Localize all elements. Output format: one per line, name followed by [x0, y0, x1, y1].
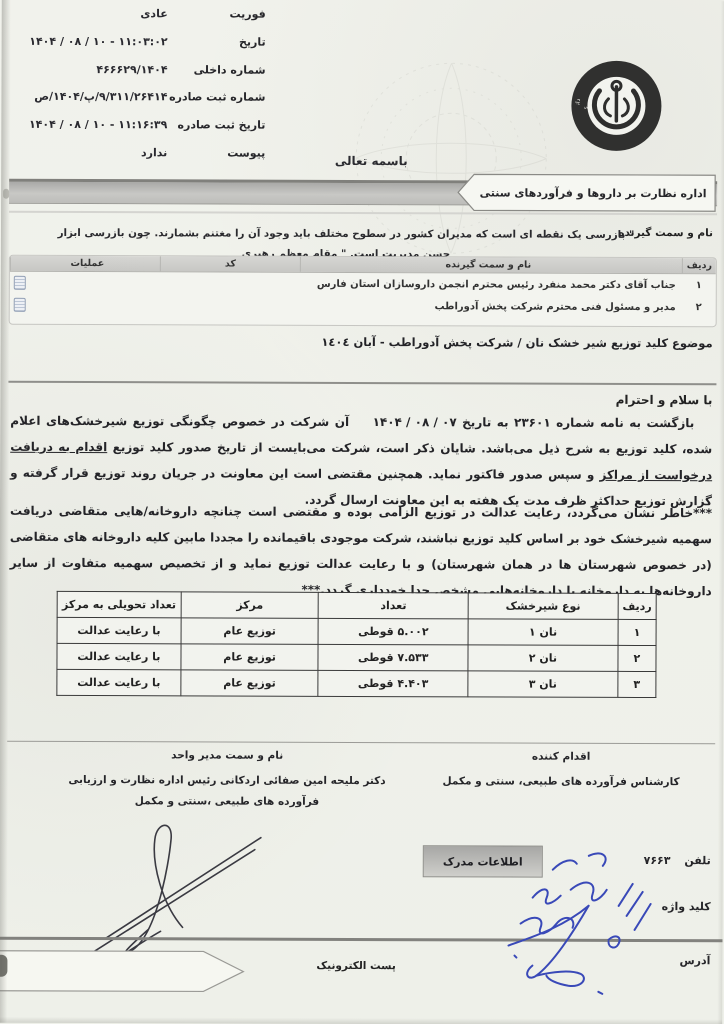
col-delivered: تعداد تحویلی به مرکز: [57, 591, 181, 617]
document-icon[interactable]: [14, 276, 26, 290]
row3-number: ۳: [618, 671, 656, 697]
subject-label: موضوع: [672, 336, 713, 350]
recipient-1-name: جناب آقای دکتر محمد منفرد رئیس محترم انج…: [300, 278, 682, 290]
p1-reference-date: ۱۴۰۴ / ۰۸ / ۰۷: [355, 409, 457, 435]
row3-center: توزیع عام: [181, 670, 319, 696]
manager-signature-block: نام و سمت مدیر واحد دکتر ملیحه امین صفائ…: [57, 749, 397, 813]
footer-chevron-shape: [0, 947, 248, 996]
subject-line: موضوع کلید توزیع شیر خشک نان / شرکت پخش …: [13, 334, 713, 350]
row2-quantity: ۷.۵۳۳ قوطی: [318, 644, 468, 671]
col-milk-type: نوع شیرخشک: [468, 593, 618, 620]
col-recipient-name: نام و سمت گیرنده: [300, 257, 682, 273]
row1-type: نان ۱: [468, 619, 618, 646]
recipient-row-1: ۱ جناب آقای دکتر محمد منفرد رئیس محترم ا…: [10, 272, 716, 296]
table-row: ۱ نان ۱ ۵.۰۰۲ قوطی توزیع عام با رعایت عد…: [57, 617, 656, 645]
email-label: پست الکترونیک: [316, 960, 395, 972]
manager-handwritten-signature: [76, 809, 272, 965]
actor-signature-block: اقدام کننده کارشناس فرآورده های طبیعی، س…: [411, 750, 711, 793]
col-code: کد: [160, 256, 300, 271]
row2-number: ۲: [618, 645, 656, 671]
meta-row-urgency: فوریت عادی: [8, 1, 276, 30]
row3-type: نان ۳: [468, 671, 618, 698]
address-label: آدرس: [679, 954, 710, 967]
scanned-letter-page: فوریت عادی تاریخ ۱۴۰۴ / ۰۸ / ۱۰ - ۱۱:۰۳:…: [0, 0, 724, 1024]
p1-before: بازگشت به نامه شماره ۲۳۶۰۱ به تاریخ: [457, 415, 695, 430]
salutation: با سلام و احترام: [616, 393, 713, 407]
meta-row-internal-number: شماره داخلی ۴۶۶۶۲۹/۱۴۰۴: [7, 56, 275, 85]
col-quantity: تعداد: [319, 592, 469, 619]
row3-delivered: با رعایت عدالت: [57, 669, 181, 695]
manager-label: نام و سمت مدیر واحد: [57, 749, 397, 762]
scan-edge-shadow-bottom: [0, 1017, 722, 1024]
department-banner-label: اداره نظارت بر داروها و فرآوردهای سنتی: [457, 173, 717, 212]
col-operations: عملیات: [10, 256, 160, 272]
recipient-2-number: ۲: [682, 302, 716, 313]
row1-number: ۱: [618, 619, 656, 645]
meta-row-attachment: پیوست ندارد: [7, 140, 275, 169]
blue-ink-signature: [490, 843, 663, 1009]
attachment-value: ندارد: [141, 146, 167, 159]
recipient-table: ردیف نام و سمت گیرنده کد عملیات ۱ جناب آ…: [9, 255, 717, 327]
letter-metadata: فوریت عادی تاریخ ۱۴۰۴ / ۰۸ / ۱۰ - ۱۱:۰۳:…: [7, 1, 276, 169]
meta-row-issue-number: شماره ثبت صادره ص/۱۴۰۴/پ/۹/۳۱۱/۲۶۴۱۴: [7, 84, 275, 113]
subject-text: کلید توزیع شیر خشک نان / شرکت پخش آدوراط…: [321, 335, 668, 350]
table-row: ۲ نان ۲ ۷.۵۳۳ قوطی توزیع عام با رعایت عد…: [57, 643, 656, 671]
manager-name: دکتر ملیحه امین صفائی اردکانی رئیس اداره…: [57, 770, 397, 813]
recipient-row-2: ۲ مدیر و مسئول فنی محترم شرکت پخش آدوراط…: [10, 294, 716, 318]
actor-name: کارشناس فرآورده های طبیعی، سنتی و مکمل: [411, 771, 711, 793]
col-center: مرکز: [181, 592, 319, 618]
row1-quantity: ۵.۰۰۲ قوطی: [318, 618, 468, 645]
date-label: تاریخ: [239, 35, 266, 48]
urgency-label: فوریت: [229, 8, 265, 21]
scan-artifact-mark: [3, 189, 9, 199]
row1-center: توزیع عام: [181, 618, 319, 644]
university-seal-logo: دانشگاه علوم پزشکی و خدمات بهداشتی درمان…: [567, 57, 665, 155]
attachment-label: پیوست: [227, 147, 265, 160]
phone-label: تلفن: [684, 854, 710, 867]
row2-type: نان ۲: [468, 645, 618, 672]
issue-date-value: ۱۴۰۴ / ۰۸ / ۱۰ - ۱۱:۱۶:۳۹: [29, 118, 167, 131]
document-icon[interactable]: [14, 298, 26, 312]
recipient-2-name: مدیر و مسئول فنی محترم شرکت پخش آدوراطب: [300, 300, 682, 312]
issue-number-label: شماره ثبت صادره: [169, 91, 265, 104]
distribution-table-header: ردیف نوع شیرخشک تعداد مرکز تعداد تحویلی …: [57, 591, 656, 619]
department-title: اداره نظارت بر داروها و فرآوردهای سنتی: [457, 173, 717, 212]
body-paragraph-2: ***خاطر نشان می‌گردد، رعایت عدالت در توز…: [10, 498, 712, 604]
scan-artifact-mark: [0, 955, 7, 977]
internal-number-value: ۴۶۶۶۲۹/۱۴۰۴: [96, 63, 167, 76]
divider-above-body: [8, 381, 716, 385]
distribution-table: ردیف نوع شیرخشک تعداد مرکز تعداد تحویلی …: [56, 591, 656, 698]
urgency-value: عادی: [140, 7, 167, 20]
date-value: ۱۴۰۴ / ۰۸ / ۱۰ - ۱۱:۰۳:۰۲: [29, 35, 167, 48]
col-row: ردیف: [618, 593, 656, 619]
row2-center: توزیع عام: [181, 644, 319, 670]
issue-date-label: تاریخ ثبت صادره: [178, 119, 266, 132]
scan-edge-shadow-right: [717, 1, 724, 1024]
besmele-text: باسمه تعالی: [296, 154, 446, 169]
meta-row-issue-date: تاریخ ثبت صادره ۱۴۰۴ / ۰۸ / ۱۰ - ۱۱:۱۶:۳…: [7, 112, 275, 141]
recipient-1-number: ۱: [682, 280, 716, 291]
actor-label: اقدام کننده: [411, 750, 711, 763]
meta-row-date: تاریخ ۱۴۰۴ / ۰۸ / ۱۰ - ۱۱:۰۳:۰۲: [8, 29, 276, 58]
divider-above-signatures: [7, 741, 715, 744]
row2-delivered: با رعایت عدالت: [57, 643, 181, 669]
row3-quantity: ۴.۴۰۳ قوطی: [318, 670, 468, 697]
issue-number-value: ص/۱۴۰۴/پ/۹/۳۱۱/۲۶۴۱۴: [34, 90, 167, 103]
col-row-number: ردیف: [682, 258, 716, 273]
row1-delivered: با رعایت عدالت: [57, 617, 181, 643]
table-row: ۳ نان ۳ ۴.۴۰۳ قوطی توزیع عام با رعایت عد…: [57, 669, 656, 697]
internal-number-label: شماره داخلی: [194, 63, 266, 76]
keyword-label: کلید واژه: [662, 900, 711, 913]
